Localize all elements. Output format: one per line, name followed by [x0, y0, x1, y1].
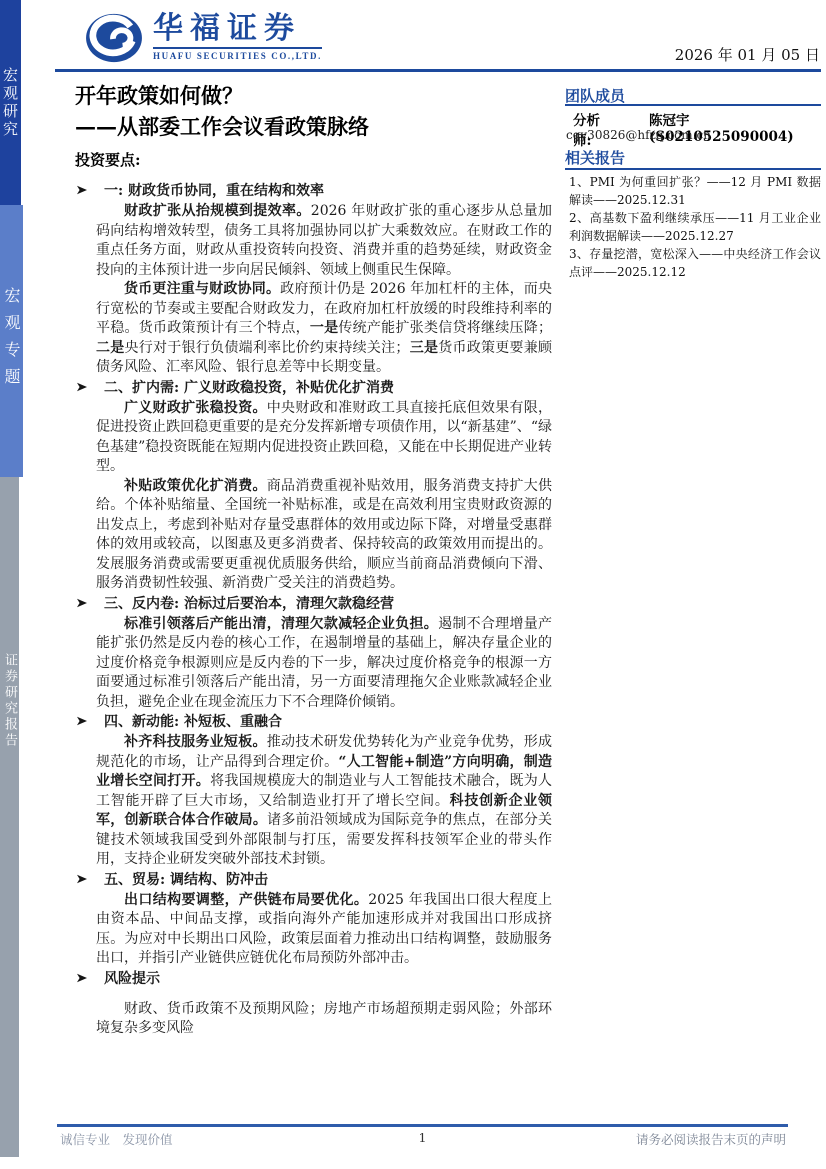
header-divider — [55, 69, 821, 72]
related-report-item: 3、存量挖潜，宽松深入——中央经济工作会议点评——2025.12.12 — [569, 246, 821, 281]
related-reports-heading: 相关报告 — [565, 147, 625, 168]
bold-phrase: 补齐科技服务业短板。 — [124, 734, 267, 750]
sections: 一: 财政货币协同，重在结构和效率财政扩张从抬规模到提效率。2026 年财政扩张… — [96, 181, 552, 1039]
section-paragraph: 补齐科技服务业短板。推动技术研发优势转化为产业竞争优势，形成规范化的市场，让产品… — [96, 733, 552, 870]
team-members-divider — [565, 104, 821, 106]
report-section: 三、反内卷: 治标过后要治本，清理欠款稳经营标准引领落后产能出清，清理欠款减轻企… — [96, 594, 552, 713]
brand-logo: 华福证券 HUAFU SECURITIES CO.,LTD. — [84, 12, 322, 68]
arrow-bullet-icon — [76, 972, 88, 984]
arrow-bullet-icon — [76, 184, 88, 196]
bold-phrase: 三是 — [409, 340, 438, 356]
bold-phrase: 出口结构要调整，产供链布局要优化。 — [124, 892, 368, 908]
banner-label: 宏观研究 — [0, 67, 21, 139]
report-page: 宏观研究 宏观专题 证券研究报告 华福证券 HUAFU SECURITIES C… — [0, 0, 826, 1169]
related-reports-divider — [565, 168, 821, 170]
huafu-swirl-icon — [84, 12, 144, 68]
body-text: 传统产能扩张类信贷将继续压降； — [338, 320, 552, 336]
report-section: 风险提示财政、货币政策不及预期风险；房地产市场超预期走弱风险；外部环境复杂多变风… — [96, 969, 552, 1039]
analyst-email: cgy30826@hfzq.com.cn — [566, 128, 711, 142]
section-paragraph: 出口结构要调整，产供链布局要优化。2025 年我国出口很大程度上由资本品、中间品… — [96, 891, 552, 969]
banner-label: 证券研究报告 — [0, 653, 19, 749]
related-report-item: 1、PMI 为何重回扩张？——12 月 PMI 数据解读——2025.12.31 — [569, 174, 821, 209]
arrow-bullet-icon — [76, 597, 88, 609]
body-text: 央行对于银行负债端利率比价约束持续关注； — [125, 340, 410, 356]
banner-securities-report: 证券研究报告 — [0, 477, 19, 1157]
report-title: 开年政策如何做？ ——从部委工作会议看政策脉络 — [75, 80, 369, 142]
banner-macro-topic: 宏观专题 — [0, 205, 23, 477]
brand-name-cn: 华福证券 — [153, 12, 322, 46]
report-title-line1: 开年政策如何做？ — [75, 80, 369, 111]
report-title-line2: ——从部委工作会议看政策脉络 — [75, 111, 369, 142]
report-section: 四、新动能: 补短板、重融合补齐科技服务业短板。推动技术研发优势转化为产业竞争优… — [96, 712, 552, 870]
related-report-item: 2、高基数下盈利继续承压——11 月工业企业利润数据解读——2025.12.27 — [569, 210, 821, 245]
brand-text: 华福证券 HUAFU SECURITIES CO.,LTD. — [153, 12, 322, 61]
bold-phrase: 财政扩张从抬规模到提效率。 — [124, 203, 311, 219]
section-paragraph: 补贴政策优化扩消费。商品消费重视补贴效用，服务消费支持扩大供给。个体补贴缩量、全… — [96, 477, 552, 594]
bold-phrase: 补贴政策优化扩消费。 — [124, 478, 267, 494]
banner-macro-research: 宏观研究 — [0, 0, 21, 205]
section-heading: 风险提示 — [104, 969, 552, 990]
team-members-heading: 团队成员 — [565, 85, 625, 106]
section-paragraph: 广义财政扩张稳投资。中央财政和准财政工具直接托底但效果有限，促进投资止跌回稳更重… — [96, 399, 552, 477]
bold-phrase: 货币更注重与财政协同。 — [124, 281, 280, 297]
section-heading: 五、贸易: 调结构、防冲击 — [104, 870, 552, 891]
bold-phrase: 标准引领落后产能出清，清理欠款减轻企业负担。 — [124, 616, 438, 632]
report-section: 五、贸易: 调结构、防冲击出口结构要调整，产供链布局要优化。2025 年我国出口… — [96, 870, 552, 969]
arrow-bullet-icon — [76, 873, 88, 885]
report-date: 2026 年 01 月 05 日 — [675, 44, 820, 65]
bold-phrase: 一是 — [310, 320, 339, 336]
related-reports-list: 1、PMI 为何重回扩张？——12 月 PMI 数据解读——2025.12.31… — [569, 174, 821, 282]
section-heading: 四、新动能: 补短板、重融合 — [104, 712, 552, 733]
bold-phrase: 广义财政扩张稳投资。 — [124, 400, 267, 416]
body-text: 商品消费重视补贴效用，服务消费支持扩大供给。个体补贴缩量、全国统一补贴标准，或是… — [96, 478, 552, 592]
banner-label: 宏观专题 — [0, 287, 23, 395]
report-section: 一: 财政货币协同，重在结构和效率财政扩张从抬规模到提效率。2026 年财政扩张… — [96, 181, 552, 378]
section-heading: 一: 财政货币协同，重在结构和效率 — [104, 181, 552, 202]
arrow-bullet-icon — [76, 381, 88, 393]
report-section: 二、扩内需: 广义财政稳投资，补贴优化扩消费广义财政扩张稳投资。中央财政和准财政… — [96, 378, 552, 594]
section-paragraph: 标准引领落后产能出清，清理欠款减轻企业负担。遏制不合理增量产能扩张仍然是反内卷的… — [96, 615, 552, 713]
body-text: 财政、货币政策不及预期风险；房地产市场超预期走弱风险；外部环境复杂多变风险 — [96, 1001, 552, 1037]
footer-disclaimer: 请务必阅读报告末页的声明 — [636, 1130, 786, 1148]
footer-divider — [57, 1124, 788, 1127]
investment-highlights-label: 投资要点: — [75, 149, 141, 170]
left-banner: 宏观研究 宏观专题 证券研究报告 — [0, 0, 48, 1157]
brand-name-en: HUAFU SECURITIES CO.,LTD. — [153, 47, 322, 61]
arrow-bullet-icon — [76, 715, 88, 727]
section-paragraph: 财政、货币政策不及预期风险；房地产市场超预期走弱风险；外部环境复杂多变风险 — [96, 1000, 552, 1039]
section-heading: 三、反内卷: 治标过后要治本，清理欠款稳经营 — [104, 594, 552, 615]
section-paragraph: 货币更注重与财政协同。政府预计仍是 2026 年加杠杆的主体，而央行宽松的节奏或… — [96, 280, 552, 378]
bold-phrase: 二是 — [96, 340, 125, 356]
section-heading: 二、扩内需: 广义财政稳投资，补贴优化扩消费 — [104, 378, 552, 399]
section-paragraph: 财政扩张从抬规模到提效率。2026 年财政扩张的重心逐步从总量加码向结构增效转型… — [96, 202, 552, 280]
